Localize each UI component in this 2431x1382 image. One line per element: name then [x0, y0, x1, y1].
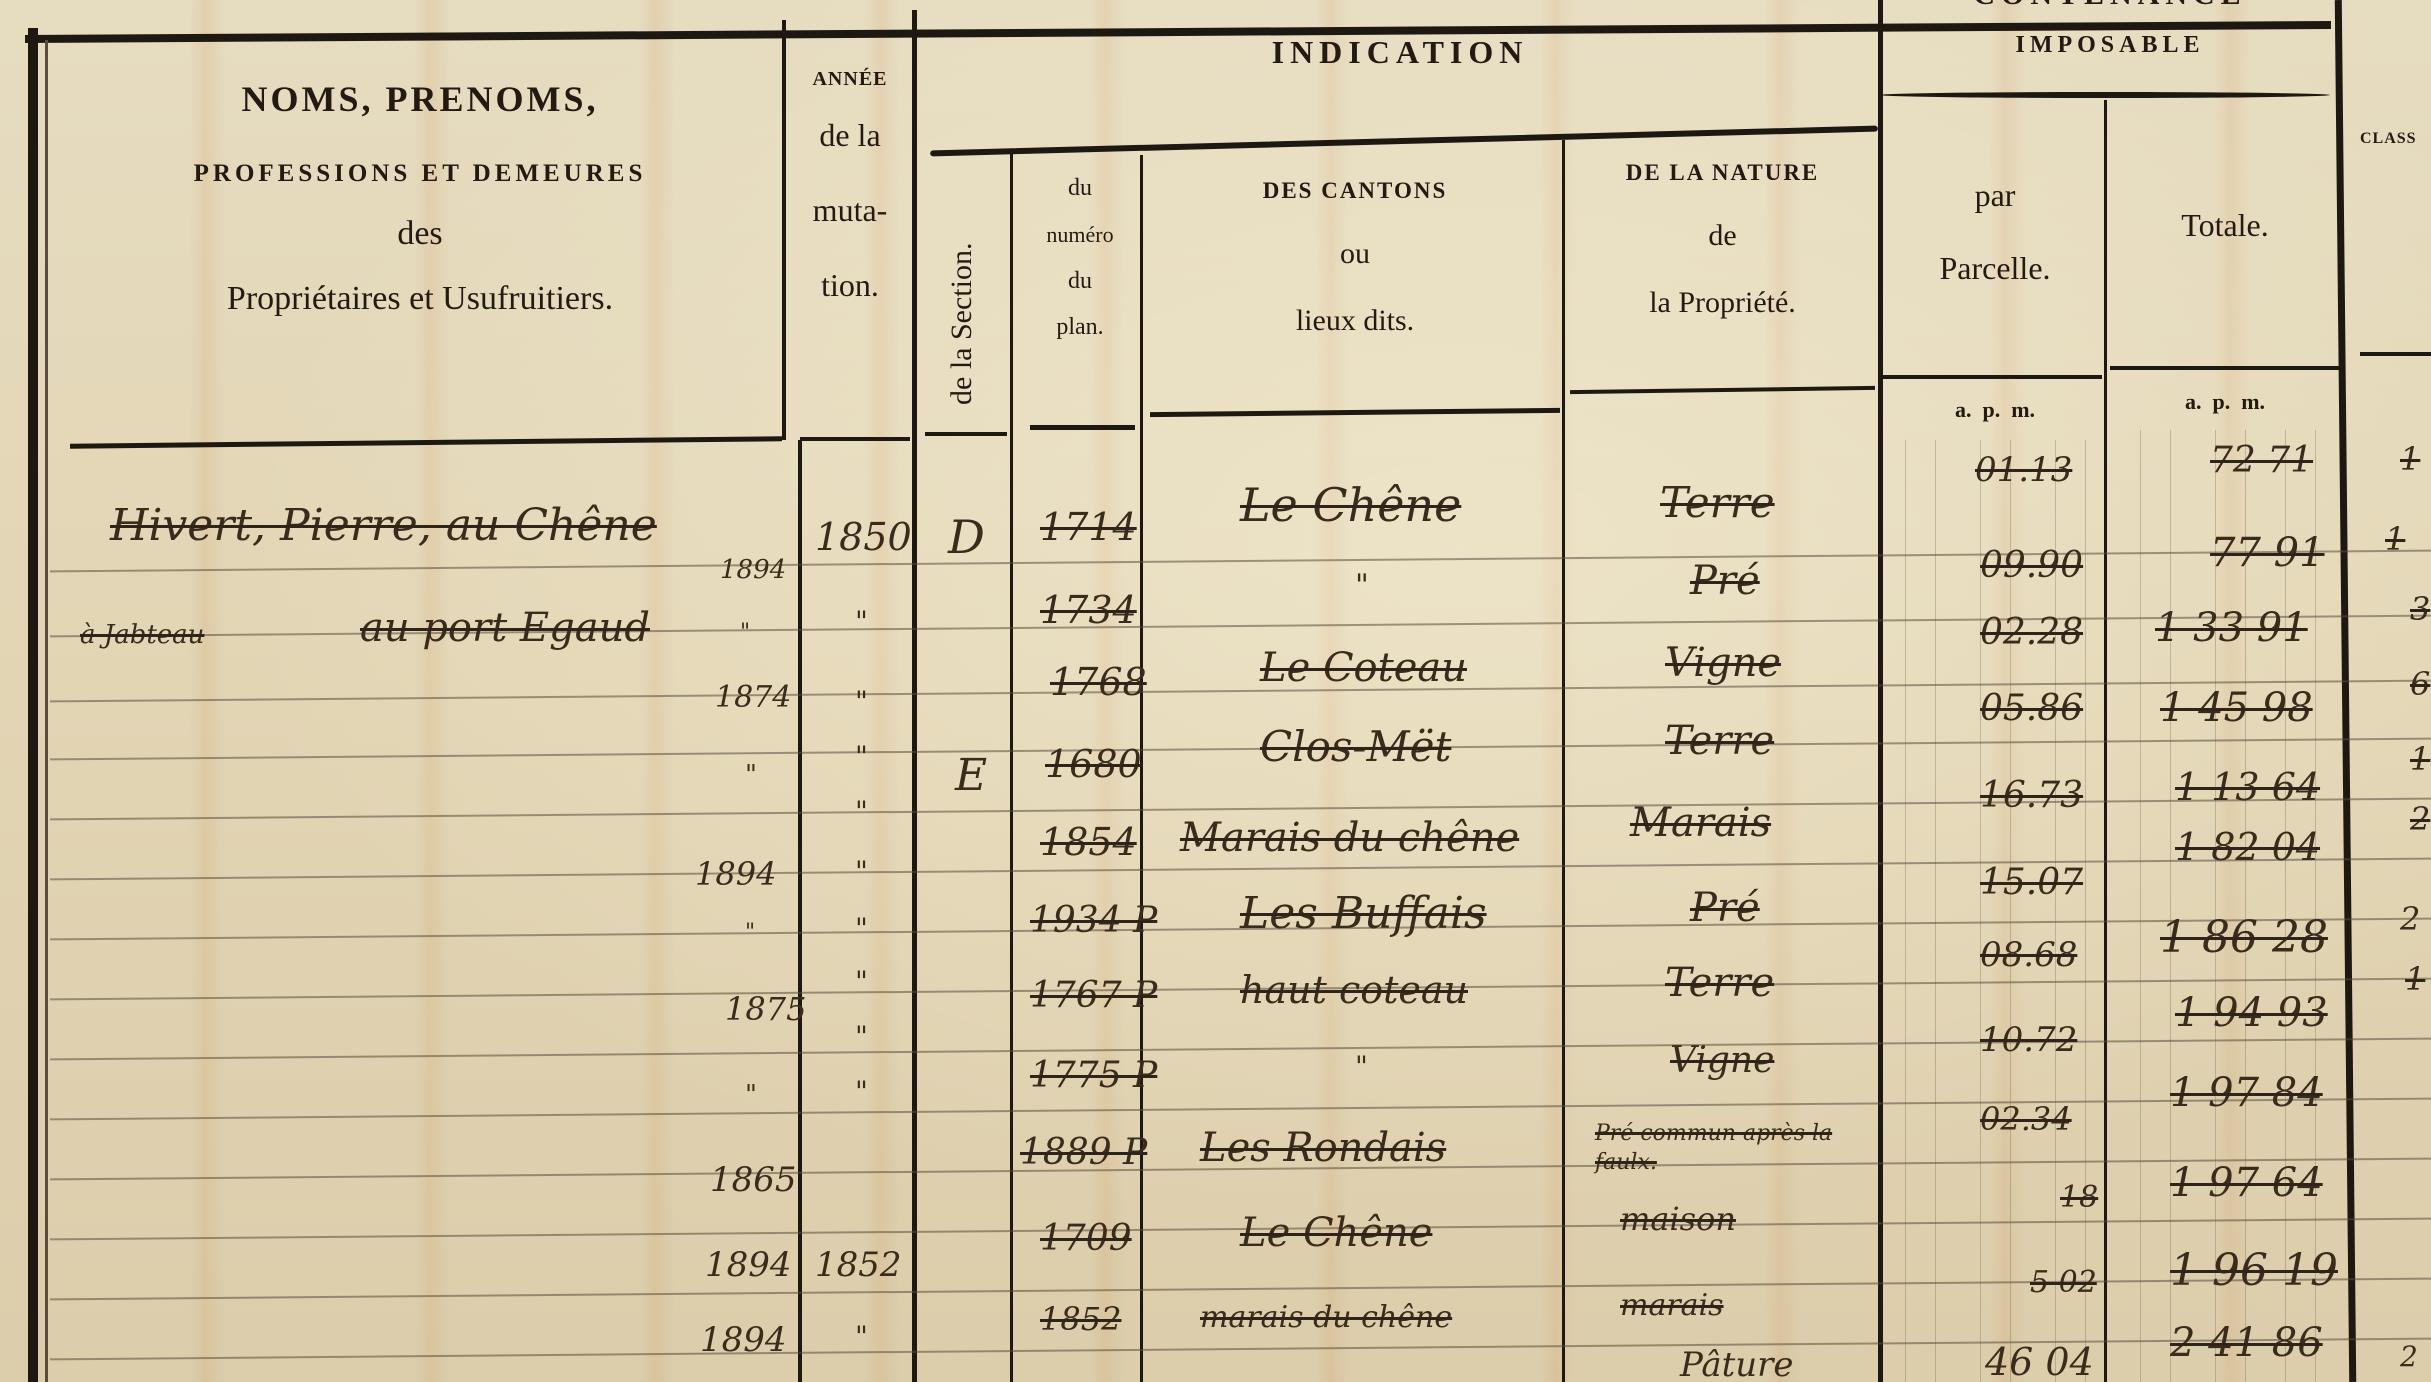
header-plan-line2: numéro [1020, 223, 1140, 247]
header-cantons-line3: lieux dits. [1150, 304, 1560, 337]
header-owners-line4: Propriétaires et Usufruitiers. [60, 280, 780, 317]
header-cantons-line2: ou [1150, 237, 1560, 270]
header-contenance-subtitle: IMPOSABLE [1900, 32, 2320, 58]
row-nature: Vigne [1670, 1040, 1774, 1081]
row-entry-year: 1852 [815, 1245, 902, 1285]
row-entry-year: " [855, 1020, 868, 1053]
row-totale: 1 94 93 [2175, 990, 2328, 1036]
row-lieu: marais du chêne [1200, 1300, 1452, 1335]
grid-line [1905, 440, 1906, 1382]
col-divider-owners-body [798, 440, 802, 1382]
row-lieu: haut coteau [1240, 968, 1468, 1012]
row-totale: 1 13 64 [2175, 765, 2320, 809]
header-plan-line1: du [1020, 175, 1140, 201]
grid-line [1935, 440, 1936, 1382]
row-totale: 1 96 19 [2170, 1245, 2338, 1296]
row-nature: Vigne [1665, 640, 1781, 686]
row-plan: 1934 P [1030, 900, 1157, 941]
row-parcelle: 02.28 [1980, 612, 2083, 653]
row-entry-year: " [855, 912, 868, 945]
header-section: de la Section. [945, 243, 978, 405]
row-lieu: Les Buffais [1240, 888, 1487, 939]
header-cantons-line1: DES CANTONS [1150, 178, 1560, 203]
header-owners-line1: NOMS, PRENOMS, [60, 80, 780, 120]
row-plan: 1768 [1050, 660, 1147, 704]
row-totale: 77 91 [2210, 530, 2325, 576]
row-classe: 1 [2385, 520, 2405, 558]
row-parcelle: 15.07 [1980, 862, 2083, 903]
row-nature: Pâture [1680, 1345, 1794, 1382]
row-parcelle: 09.90 [1980, 545, 2083, 586]
row-classe: 1 [2405, 960, 2425, 998]
row-lieu: Le Chêne [1240, 1210, 1432, 1256]
row-lieu: " [1355, 1050, 1368, 1083]
col-divider-section [1010, 150, 1013, 1382]
row-lieu: Le Coteau [1260, 645, 1467, 691]
header-contenance-partial: CONTENANCE [1900, 0, 2320, 11]
grid-line [2085, 440, 2086, 1382]
contenance-flourish [1880, 92, 2330, 98]
row-plan: 1709 [1040, 1218, 1132, 1259]
row-classe: 1 [2410, 740, 2430, 778]
row-exit-year: 1875 [725, 990, 806, 1028]
row-classe: 2 [2400, 900, 2420, 938]
header-bottom-plan [1030, 425, 1135, 430]
grid-line [2140, 430, 2141, 1382]
row-exit-year: 1894 [720, 555, 786, 585]
row-nature: Pré commun après la faulx. [1595, 1120, 1865, 1177]
row-classe: 2 [2400, 1340, 2418, 1373]
header-owners: NOMS, PRENOMS, PROFESSIONS ET DEMEURES d… [60, 80, 780, 318]
header-plan-line4: plan. [1020, 314, 1140, 340]
row-nature: marais [1620, 1288, 1724, 1323]
header-cantons: DES CANTONS ou lieux dits. [1150, 178, 1560, 337]
row-lieu: Les Rondais [1200, 1125, 1446, 1171]
row-classe: 3 [2410, 590, 2430, 628]
row-lieu: Marais du chêne [1180, 815, 1519, 861]
row-entry-year: " [855, 965, 868, 998]
col-divider-cantons [1562, 140, 1565, 1382]
header-plan-line3: du [1020, 268, 1140, 294]
header-totale: Totale. [2110, 208, 2340, 243]
row-nature: maison [1620, 1200, 1736, 1238]
row-lieu: Le Chêne [1240, 478, 1461, 532]
header-nature-line3: la Propriété. [1570, 286, 1875, 319]
row-nature: Pré [1690, 885, 1760, 931]
row-plan: 1889 P [1020, 1132, 1147, 1173]
row-totale: 1 45 98 [2160, 685, 2313, 731]
row-exit-year: " [745, 920, 755, 945]
row-totale: 1 97 84 [2170, 1070, 2323, 1116]
header-year-line3: muta- [790, 193, 910, 228]
units-totale: a. p. m. [2110, 390, 2340, 414]
row-totale: 2 41 86 [2170, 1320, 2323, 1366]
row-exit-year: 1874 [715, 680, 791, 715]
row-nature: Marais [1630, 800, 1771, 846]
row-lieu: " [1355, 568, 1369, 603]
row-totale: 1 33 91 [2155, 605, 2308, 651]
row-exit-year: 1894 [705, 1245, 792, 1285]
row-parcelle: 02.34 [1980, 1100, 2072, 1138]
owner-address: au port Egaud [360, 605, 650, 651]
row-parcelle: 18 [2060, 1180, 2098, 1215]
row-parcelle: 05.86 [1980, 688, 2083, 729]
row-parcelle: 10.72 [1980, 1020, 2077, 1060]
col-divider-owners [782, 20, 786, 440]
header-year: ANNÉE de la muta- tion. [790, 68, 910, 304]
row-plan: 1767 P [1030, 975, 1157, 1016]
row-parcelle: 16.73 [1980, 775, 2083, 816]
row-nature: Terre [1660, 478, 1775, 527]
header-indication: INDICATION [1100, 35, 1700, 70]
col-divider-year [912, 10, 917, 1382]
row-entry-year: " [855, 740, 868, 773]
left-border [28, 28, 38, 1382]
row-totale: 1 86 28 [2160, 912, 2328, 963]
header-bottom-totale [2110, 366, 2340, 370]
row-totale: 72 71 [2210, 440, 2313, 481]
units-parcelle: a. p. m. [1885, 398, 2105, 422]
row-exit-year: " [740, 620, 750, 645]
row-entry-year: 1850 [815, 515, 912, 559]
header-bottom-year [800, 437, 910, 441]
row-nature: Pré [1690, 558, 1760, 604]
row-section: D [948, 510, 985, 564]
header-parcelle-line2: Parcelle. [1885, 251, 2105, 286]
row-plan: 1854 [1040, 820, 1137, 864]
row-entry-year: " [855, 855, 868, 888]
row-plan: 1775 P [1030, 1055, 1157, 1096]
header-nature-line1: DE LA NATURE [1570, 160, 1875, 185]
row-lieu: Clos-Mët [1260, 722, 1451, 771]
row-nature: Terre [1665, 960, 1774, 1006]
header-owners-line3: des [60, 215, 780, 252]
row-classe: 2 [2410, 800, 2430, 838]
row-exit-year: " [745, 1080, 757, 1110]
row-plan: 1680 [1045, 742, 1142, 786]
header-classe-partial: CLASS [2360, 130, 2431, 148]
row-entry-year: " [855, 605, 868, 638]
header-nature-line2: de [1570, 219, 1875, 252]
header-year-line1: ANNÉE [790, 68, 910, 90]
row-parcelle: 01.13 [1975, 450, 2072, 490]
row-entry-year: " [855, 795, 868, 828]
row-section: E [955, 750, 987, 801]
row-parcelle: 46 04 [1985, 1340, 2094, 1382]
row-parcelle: 5 02 [2030, 1265, 2097, 1300]
owner-address-struck: à Jabteau [80, 620, 204, 650]
header-year-line2: de la [790, 118, 910, 153]
header-owners-line2: PROFESSIONS ET DEMEURES [60, 160, 780, 188]
header-parcelle: par Parcelle. [1885, 178, 2105, 286]
header-plan: du numéro du plan. [1020, 175, 1140, 340]
row-exit-year: 1894 [695, 855, 776, 893]
header-bottom-section [925, 432, 1007, 436]
row-exit-year: " [745, 760, 757, 790]
row-exit-year: 1865 [710, 1160, 797, 1200]
header-nature: DE LA NATURE de la Propriété. [1570, 160, 1875, 319]
header-parcelle-line1: par [1885, 178, 2105, 213]
left-inner-border [45, 40, 48, 1382]
row-parcelle: 08.68 [1980, 935, 2077, 975]
row-plan: 1714 [1040, 505, 1137, 549]
header-year-line4: tion. [790, 268, 910, 303]
header-bottom-parcelle [1880, 375, 2102, 379]
row-entry-year: " [855, 1320, 868, 1353]
row-classe: 6 [2410, 665, 2430, 703]
row-classe: 1 [2400, 440, 2420, 478]
row-nature: Terre [1665, 718, 1774, 764]
row-entry-year: " [855, 685, 868, 718]
grid-line [2170, 430, 2171, 1382]
col-divider-nature [1878, 0, 1883, 1382]
owner-name: Hivert, Pierre, au Chêne [110, 500, 657, 551]
row-plan: 1734 [1040, 588, 1137, 632]
row-totale: 1 82 04 [2175, 825, 2320, 869]
header-bottom-classe [2360, 352, 2431, 356]
row-entry-year: " [855, 1075, 868, 1108]
row-plan: 1852 [1040, 1300, 1121, 1338]
row-exit-year: 1894 [700, 1320, 787, 1360]
row-totale: 1 97 64 [2170, 1160, 2323, 1206]
